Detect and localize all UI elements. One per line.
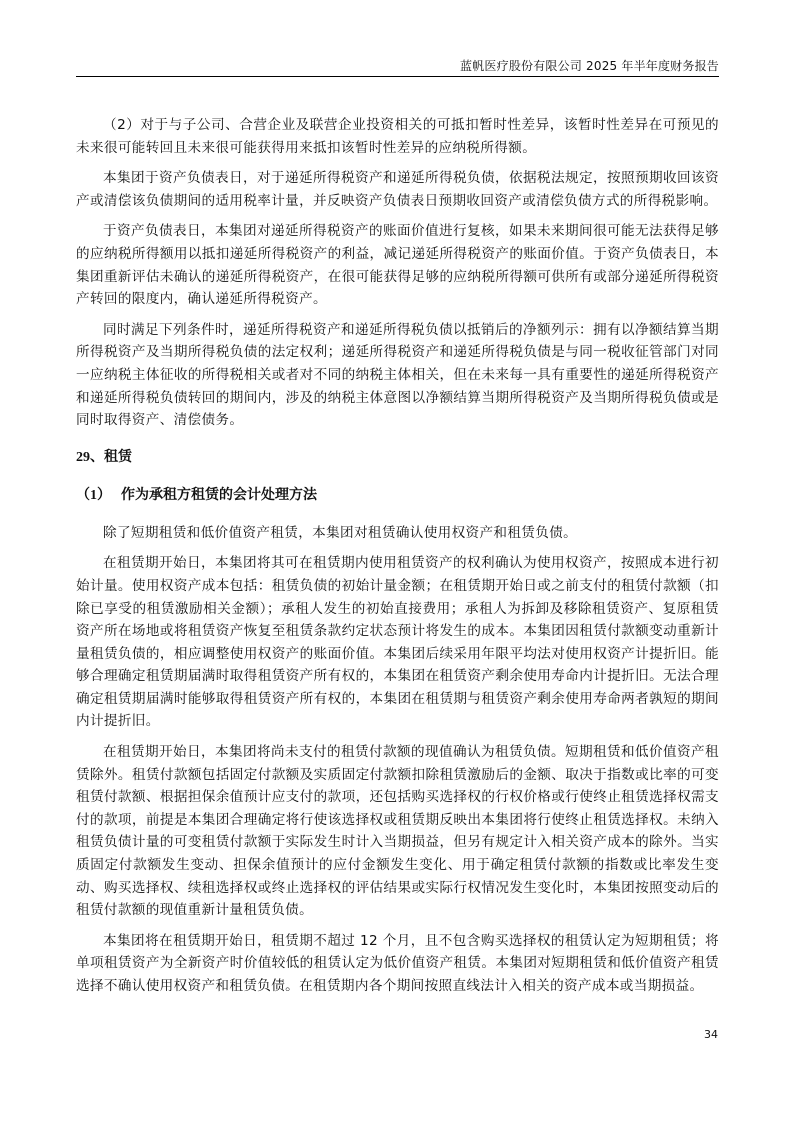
page-header: 蓝帆医疗股份有限公司 2025 年半年度财务报告 <box>76 56 719 77</box>
paragraph-offset: 同时满足下列条件时，递延所得税资产和递延所得税负债以抵销后的净额列示：拥有以净额… <box>76 319 719 432</box>
subsection-title: 作为承租方租赁的会计处理方法 <box>121 488 317 503</box>
document-body: （2）对于与子公司、合营企业及联营企业投资相关的可抵扣暂时性差异，该暂时性差异在… <box>76 114 719 1006</box>
section-heading: 29、租赁 <box>76 446 719 466</box>
paragraph-lease-recognition: 除了短期租赁和低价值资产租赁，本集团对租赁确认使用权资产和租赁负债。 <box>76 522 719 545</box>
report-title: 蓝帆医疗股份有限公司 2025 年半年度财务报告 <box>460 57 719 74</box>
subsection-number: （1） <box>76 488 111 503</box>
subsection-heading: （1）作为承租方租赁的会计处理方法 <box>76 484 719 504</box>
paragraph-measurement: 本集团于资产负债表日，对于递延所得税资产和递延所得税负债，依据税法规定，按照预期… <box>76 167 719 212</box>
page-number: 34 <box>704 1028 718 1041</box>
paragraph-lease-liability: 在租赁期开始日，本集团将尚未支付的租赁付款额的现值确认为租赁负债。短期租赁和低价… <box>76 741 719 922</box>
paragraph-right-of-use-asset: 在租赁期开始日，本集团将其可在租赁期内使用租赁资产的权利确认为使用权资产，按照成… <box>76 552 719 733</box>
paragraph-deductible-temp-diff: （2）对于与子公司、合营企业及联营企业投资相关的可抵扣暂时性差异，该暂时性差异在… <box>76 114 719 159</box>
paragraph-review: 于资产负债表日，本集团对递延所得税资产的账面价值进行复核，如果未来期间很可能无法… <box>76 220 719 310</box>
paragraph-short-term-lease: 本集团将在租赁期开始日，租赁期不超过 12 个月，且不包含购买选择权的租赁认定为… <box>76 930 719 998</box>
